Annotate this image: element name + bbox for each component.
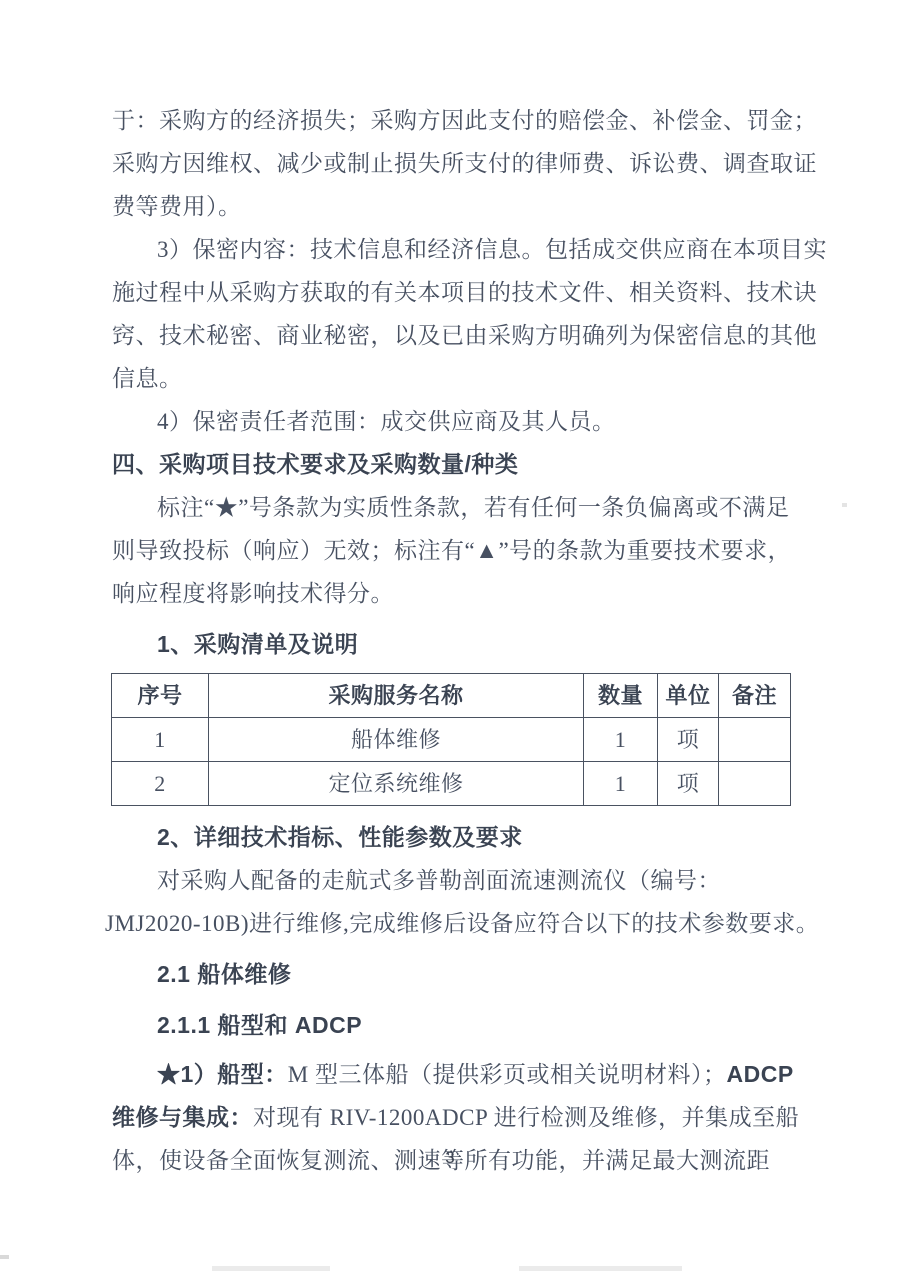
heading-technical-detail: 2、详细技术指标、性能参数及要求 — [112, 816, 824, 859]
cell-name: 定位系统维修 — [209, 762, 584, 806]
paragraph-line: JMJ2020-10B)进行维修,完成维修后设备应符合以下的技术参数要求。 — [105, 902, 824, 945]
scan-artifact — [842, 503, 847, 507]
table-header-row: 序号 采购服务名称 数量 单位 备注 — [112, 674, 791, 718]
paragraph-line: 维修与集成：对现有 RIV-1200ADCP 进行检测及维修，并集成至船 — [112, 1096, 824, 1139]
paragraph-line: 3）保密内容：技术信息和经济信息。包括成交供应商在本项目实 — [112, 228, 824, 271]
paragraph-line: 信息。 — [112, 357, 824, 400]
heading-purchase-list: 1、采购清单及说明 — [112, 623, 824, 666]
paragraph-line: 响应程度将影响技术得分。 — [112, 572, 824, 615]
paragraph-adcp-intro: 对采购人配备的走航式多普勒剖面流速测流仪（编号： JMJ2020-10B)进行维… — [112, 859, 824, 945]
scan-artifact — [212, 1266, 330, 1271]
paragraph-line: 费等费用）。 — [112, 185, 824, 228]
paragraph-line: 对采购人配备的走航式多普勒剖面流速测流仪（编号： — [112, 859, 824, 902]
cell-note — [719, 718, 791, 762]
cell-name: 船体维修 — [209, 718, 584, 762]
scan-artifact — [0, 1255, 9, 1259]
table-header-unit: 单位 — [658, 674, 719, 718]
heading-section-4: 四、采购项目技术要求及采购数量/种类 — [112, 443, 824, 486]
heading-2-1-1: 2.1.1 船型和 ADCP — [112, 1004, 824, 1047]
cell-seq: 1 — [112, 718, 209, 762]
document-page: 于：采购方的经济损失；采购方因此支付的赔偿金、补偿金、罚金； 采购方因维权、减少… — [0, 0, 900, 1273]
table-row: 1 船体维修 1 项 — [112, 718, 791, 762]
document-body: 于：采购方的经济损失；采购方因此支付的赔偿金、补偿金、罚金； 采购方因维权、减少… — [112, 99, 824, 1182]
paragraph-line: 窍、技术秘密、商业秘密，以及已由采购方明确列为保密信息的其他 — [112, 314, 824, 357]
bold-ship-type-label: ★1）船型： — [157, 1061, 288, 1087]
purchase-list-table: 序号 采购服务名称 数量 单位 备注 1 船体维修 1 项 2 定位系统维修 — [111, 673, 791, 806]
paragraph-confidential-scope: 4）保密责任者范围：成交供应商及其人员。 — [112, 400, 824, 443]
page-number: 3 — [0, 1148, 900, 1168]
paragraph-line: 施过程中从采购方获取的有关本项目的技术文件、相关资料、技术诀 — [112, 271, 824, 314]
cell-qty: 1 — [584, 762, 658, 806]
cell-note — [719, 762, 791, 806]
paragraph-star-clause: 标注“★”号条款为实质性条款，若有任何一条负偏离或不满足 则导致投标（响应）无效… — [112, 486, 824, 615]
table-header-seq: 序号 — [112, 674, 209, 718]
cell-seq: 2 — [112, 762, 209, 806]
bold-adcp-label: ADCP — [727, 1061, 794, 1087]
bold-repair-integration-label: 维修与集成： — [112, 1104, 253, 1130]
paragraph-line: 标注“★”号条款为实质性条款，若有任何一条负偏离或不满足 — [112, 486, 824, 529]
repair-integration-text: 对现有 RIV-1200ADCP 进行检测及维修，并集成至船 — [253, 1105, 799, 1130]
scan-artifact — [519, 1266, 682, 1271]
cell-qty: 1 — [584, 718, 658, 762]
heading-2-1: 2.1 船体维修 — [112, 953, 824, 996]
paragraph-line: 于：采购方的经济损失；采购方因此支付的赔偿金、补偿金、罚金； — [112, 99, 824, 142]
paragraph-line: 则导致投标（响应）无效；标注有“▲”号的条款为重要技术要求， — [112, 529, 824, 572]
table-header-qty: 数量 — [584, 674, 658, 718]
table-header-note: 备注 — [719, 674, 791, 718]
ship-type-text: M 型三体船（提供彩页或相关说明材料）； — [288, 1062, 727, 1087]
paragraph-confidential-content: 3）保密内容：技术信息和经济信息。包括成交供应商在本项目实 施过程中从采购方获取… — [112, 228, 824, 400]
cell-unit: 项 — [658, 718, 719, 762]
table-row: 2 定位系统维修 1 项 — [112, 762, 791, 806]
paragraph-line: ★1）船型：M 型三体船（提供彩页或相关说明材料）；ADCP — [112, 1053, 824, 1096]
paragraph-line: 采购方因维权、减少或制止损失所支付的律师费、诉讼费、调查取证 — [112, 142, 824, 185]
cell-unit: 项 — [658, 762, 719, 806]
paragraph-liability: 于：采购方的经济损失；采购方因此支付的赔偿金、补偿金、罚金； 采购方因维权、减少… — [112, 99, 824, 228]
table-header-name: 采购服务名称 — [209, 674, 584, 718]
